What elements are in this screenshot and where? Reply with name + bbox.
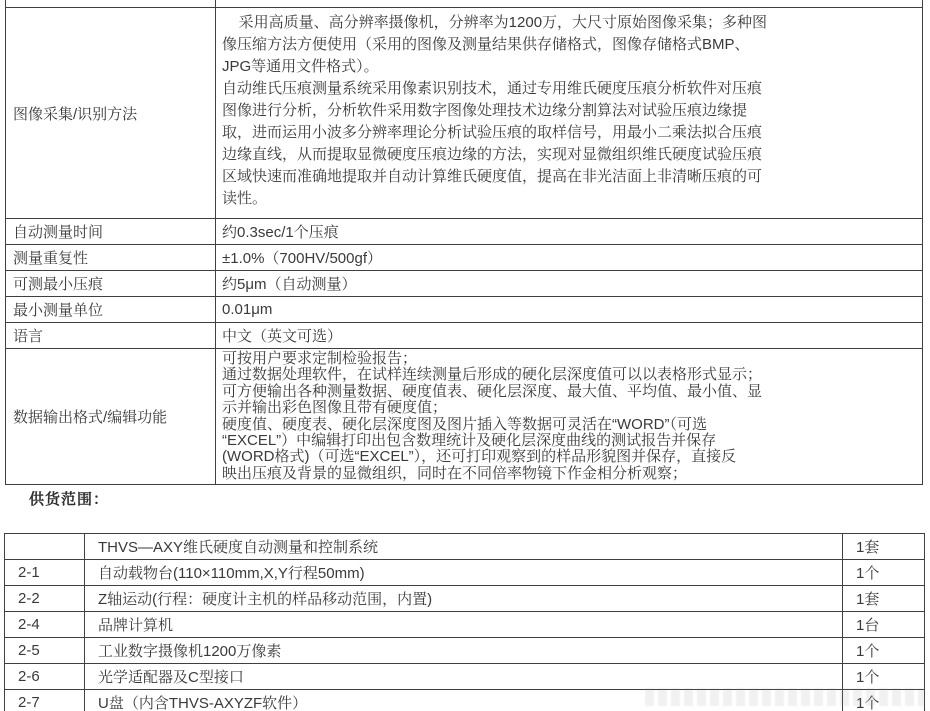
table-row: 2-5 工业数字摄像机1200万像素 1个 [5,638,925,664]
supply-row-qty: 1台 [843,612,925,638]
spec-table: 图像采集/识别方法 采用高质量、高分辨率摄像机，分辨率为1200万，大尺寸原始图… [5,0,923,485]
supply-row-qty: 1个 [843,638,925,664]
supply-row-item: 品牌计算机 [85,612,843,638]
supply-row-qty: 1个 [843,690,925,711]
supply-row-item: 光学适配器及C型接口 [85,664,843,690]
supply-row-item: Z轴运动(行程：硬度计主机的样品移动范围，内置) [85,586,843,612]
spec-row-label: 自动测量时间 [6,219,216,245]
spec-row-value: 可按用户要求定制检验报告； 通过数据处理软件，在试样连续测量后形成的硬化层深度值… [216,349,923,485]
table-row: 2-7 U盘（内含THVS-AXYZF软件） 1个 [5,690,925,711]
table-row: 数据输出格式/编辑功能 可按用户要求定制检验报告； 通过数据处理软件，在试样连续… [6,349,923,485]
table-row: 2-4 品牌计算机 1台 [5,612,925,638]
spec-row-label [6,0,216,8]
supply-row-qty: 1套 [843,586,925,612]
supply-row-qty: 1个 [843,664,925,690]
table-row: 最小测量单位 0.01μm [6,297,923,323]
spec-row-label: 测量重复性 [6,245,216,271]
supply-row-no [5,534,85,560]
table-row: 2-2 Z轴运动(行程：硬度计主机的样品移动范围，内置) 1套 [5,586,925,612]
table-row: 自动测量时间 约0.3sec/1个压痕 [6,219,923,245]
spec-row-label: 最小测量单位 [6,297,216,323]
table-row: 测量重复性 ±1.0%（700HV/500gf） [6,245,923,271]
spec-row-value [216,0,923,8]
supply-row-no: 2-2 [5,586,85,612]
supply-row-item: 工业数字摄像机1200万像素 [85,638,843,664]
table-row: 可测最小压痕 约5μm（自动测量） [6,271,923,297]
spec-row-label: 语言 [6,323,216,349]
supply-table: THVS—AXY维氏硬度自动测量和控制系统 1套 2-1 自动载物台(110×1… [4,533,925,711]
spec-row-value: 约0.3sec/1个压痕 [216,219,923,245]
supply-row-qty: 1套 [843,534,925,560]
table-row: 2-6 光学适配器及C型接口 1个 [5,664,925,690]
spec-row-label: 可测最小压痕 [6,271,216,297]
supply-row-no: 2-4 [5,612,85,638]
supply-row-item: U盘（内含THVS-AXYZF软件） [85,690,843,711]
table-row [6,0,923,8]
supply-row-item: 自动载物台(110×110mm,X,Y行程50mm) [85,560,843,586]
spec-row-value: 采用高质量、高分辨率摄像机，分辨率为1200万，大尺寸原始图像采集；多种图 像压… [216,8,923,219]
spec-row-value: 中文（英文可选） [216,323,923,349]
spec-row-value: 0.01μm [216,297,923,323]
supply-row-item: THVS—AXY维氏硬度自动测量和控制系统 [85,534,843,560]
spec-row-label: 数据输出格式/编辑功能 [6,349,216,485]
supply-row-no: 2-6 [5,664,85,690]
supply-scope-heading: 供货范围： [29,488,109,509]
spec-row-label: 图像采集/识别方法 [6,8,216,219]
supply-row-no: 2-7 [5,690,85,711]
supply-row-qty: 1个 [843,560,925,586]
spec-row-value: ±1.0%（700HV/500gf） [216,245,923,271]
table-row: 2-1 自动载物台(110×110mm,X,Y行程50mm) 1个 [5,560,925,586]
spec-row-value: 约5μm（自动测量） [216,271,923,297]
table-row: 语言 中文（英文可选） [6,323,923,349]
table-row: THVS—AXY维氏硬度自动测量和控制系统 1套 [5,534,925,560]
table-row: 图像采集/识别方法 采用高质量、高分辨率摄像机，分辨率为1200万，大尺寸原始图… [6,8,923,219]
supply-row-no: 2-5 [5,638,85,664]
supply-row-no: 2-1 [5,560,85,586]
